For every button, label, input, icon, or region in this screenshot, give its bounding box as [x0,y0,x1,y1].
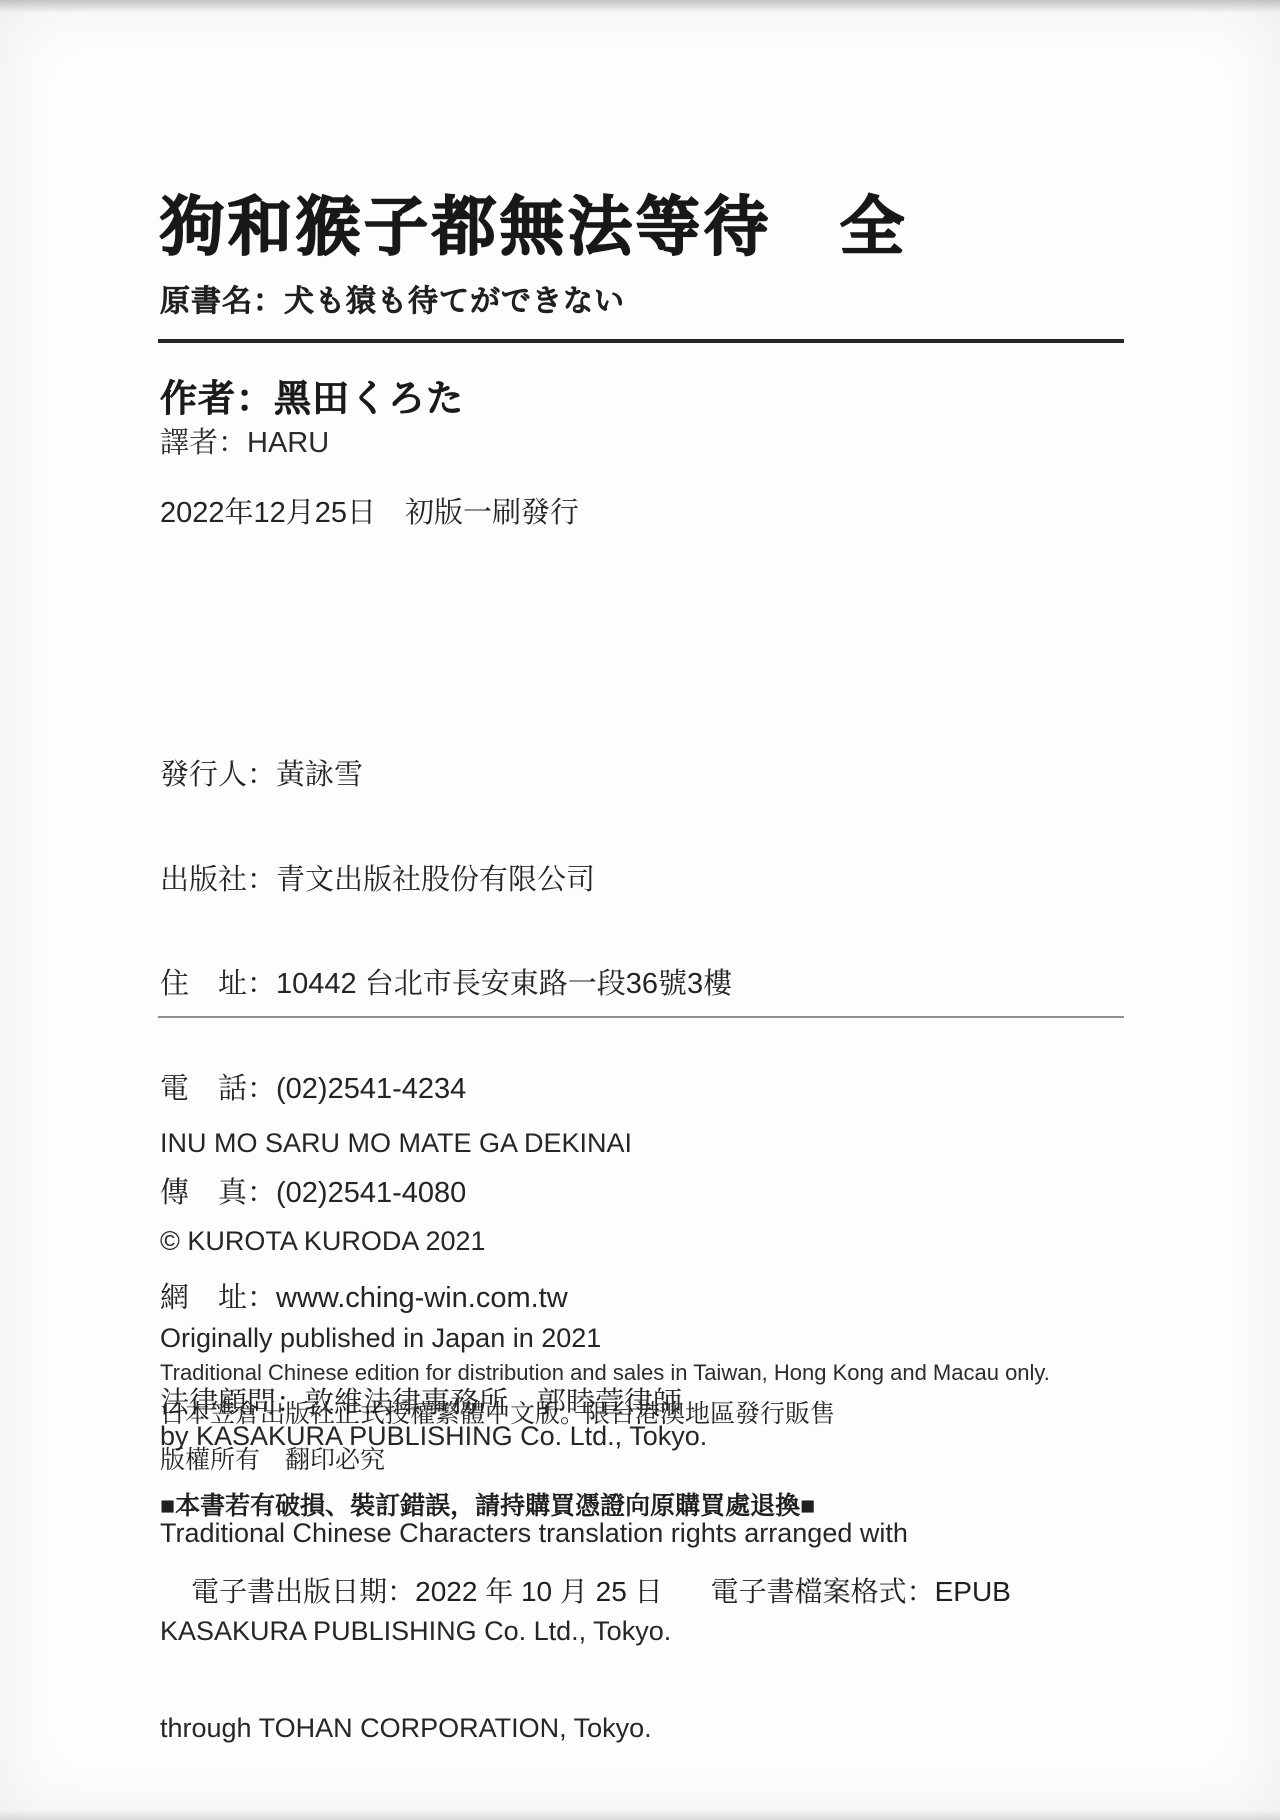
ebook-publish-date: 電子書出版日期：2022 年 10 月 25 日 [191,1576,662,1607]
original-title: 原書名：犬も猿も待てができない [160,276,625,320]
rights-line-tohan: through TOHAN CORPORATION, Tokyo. [160,1711,908,1747]
license-note: 日本笠倉出版社正式授權繁體中文版。限台港澳地區發行販售 [160,1394,835,1430]
publisher-line-publisher: 出版社：青文出版社股份有限公司 [160,861,732,900]
rights-line-copyright: © KUROTA KURODA 2021 [160,1224,908,1260]
publisher-line-issuer: 發行人：黃詠雪 [160,756,732,795]
copyright-notice: 版權所有 翻印必究 [160,1440,385,1476]
divider-thick [158,339,1124,343]
divider-thin [158,1016,1124,1018]
ebook-format: 電子書檔案格式：EPUB [711,1576,1011,1607]
publisher-line-address: 住 址：10442 台北市長安東路一段36號3樓 [160,965,732,1004]
author-line: 作者：黑田くろた [160,368,464,422]
ebook-info-line: 電子書出版日期：2022 年 10 月 25 日電子書檔案格式：EPUB [160,1538,1011,1642]
rights-line-published: Originally published in Japan in 2021 [160,1321,908,1357]
colophon-page: 狗和猴子都無法等待 全 原書名：犬も猿も待てができない 作者：黑田くろた 譯者：… [0,0,1280,1820]
print-edition-line: 2022年12月25日 初版一刷發行 [160,490,579,531]
scan-edge-shading-top [0,0,1280,13]
translator-line: 譯者：HARU [160,420,329,461]
distribution-note: Traditional Chinese edition for distribu… [160,1360,1050,1386]
rights-line-original-romaji: INU MO SARU MO MATE GA DEKINAI [160,1126,908,1162]
scan-edge-shading-bottom [0,1810,1280,1820]
book-title: 狗和猴子都無法等待 全 [160,176,908,268]
rights-block: INU MO SARU MO MATE GA DEKINAI © KUROTA … [160,1064,908,1809]
return-notice: ■本書若有破損、裝訂錯誤，請持購買憑證向原購買處退換■ [160,1486,815,1522]
